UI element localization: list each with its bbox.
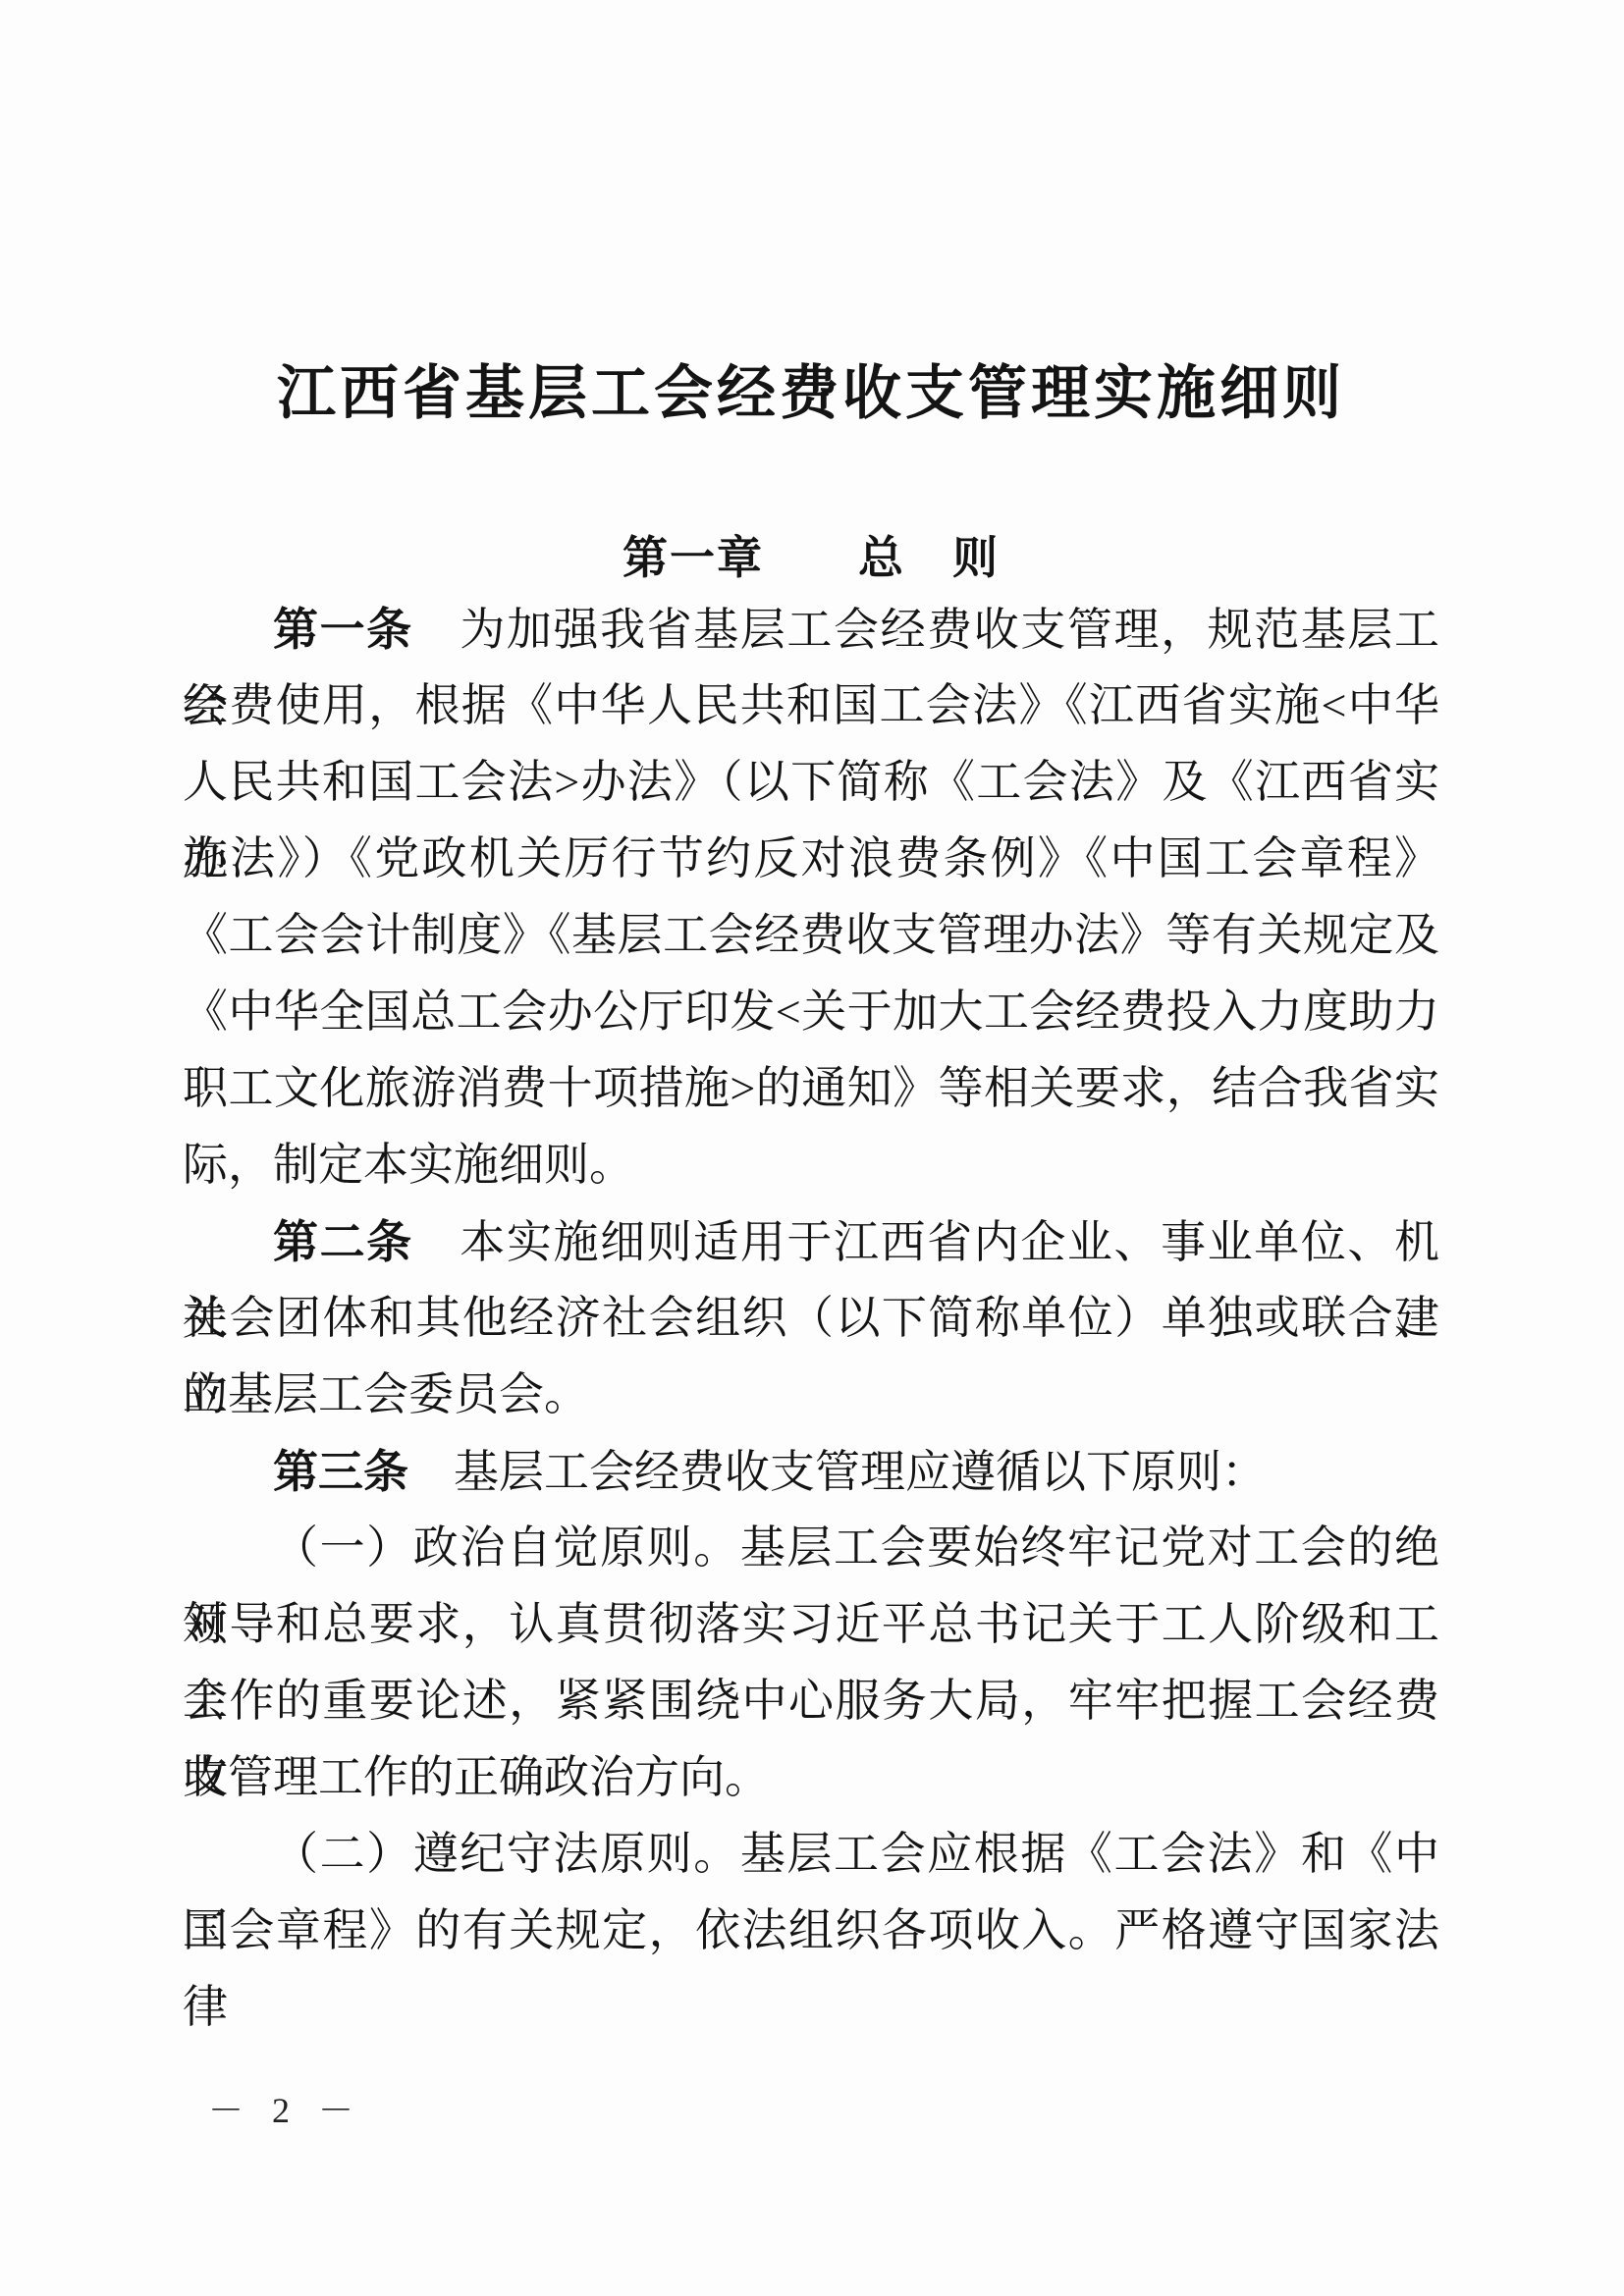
body-line: 办法》）《党政机关厉行节约反对浪费条例》《中国工会章程》 — [183, 821, 1439, 897]
article-term: 第一条 — [273, 604, 413, 655]
article-text-block: 第一条 为加强我省基层工会经费收支管理，规范基层工会 经费使用，根据《中华人民共… — [183, 591, 1439, 1969]
document-body: 江西省基层工会经费收支管理实施细则 第一章 总 则 第一条 为加强我省基层工会经… — [183, 0, 1439, 1969]
body-line: 的基层工会委员会。 — [183, 1357, 1439, 1433]
document-page: 江西省基层工会经费收支管理实施细则 第一章 总 则 第一条 为加强我省基层工会经… — [0, 0, 1624, 2296]
body-line: 第一条 为加强我省基层工会经费收支管理，规范基层工会 — [183, 591, 1439, 667]
line-text: 经费使用，根据《中华人民共和国工会法》《江西省实施<中华 — [183, 680, 1439, 730]
line-text: 《工会会计制度》《基层工会经费收支管理办法》等有关规定及 — [183, 910, 1439, 960]
body-line: 社会团体和其他经济社会组织（以下简称单位）单独或联合建立 — [183, 1280, 1439, 1357]
body-line: 第二条 本实施细则适用于江西省内企业、事业单位、机关、 — [183, 1203, 1439, 1280]
body-line: 支管理工作的正确政治方向。 — [183, 1739, 1439, 1816]
line-text: 职工文化旅游消费十项措施>的通知》等相关要求，结合我省实 — [183, 1063, 1439, 1113]
line-text: 支管理工作的正确政治方向。 — [183, 1752, 770, 1802]
article-term: 第三条 — [273, 1446, 408, 1497]
page-number: － 2 － — [208, 2083, 363, 2133]
body-line: 工会章程》的有关规定，依法组织各项收入。严格遵守国家法律 — [183, 1893, 1439, 1969]
body-line: 人民共和国工会法>办法》（以下简称《工会法》及《江西省实施 — [183, 744, 1439, 821]
document-title: 江西省基层工会经费收支管理实施细则 — [183, 361, 1439, 426]
body-line: 《工会会计制度》《基层工会经费收支管理办法》等有关规定及 — [183, 897, 1439, 974]
body-line: 际，制定本实施细则。 — [183, 1127, 1439, 1203]
body-line: 工作的重要论述，紧紧围绕中心服务大局，牢牢把握工会经费收 — [183, 1663, 1439, 1739]
body-line: （一）政治自觉原则。基层工会要始终牢记党对工会的绝对 — [183, 1510, 1439, 1586]
line-text: 办法》）《党政机关厉行节约反对浪费条例》《中国工会章程》 — [183, 833, 1439, 883]
body-line: （二）遵纪守法原则。基层工会应根据《工会法》和《中国 — [183, 1816, 1439, 1893]
body-line: 职工文化旅游消费十项措施>的通知》等相关要求，结合我省实 — [183, 1050, 1439, 1127]
body-line: 第三条 基层工会经费收支管理应遵循以下原则： — [183, 1433, 1439, 1510]
line-text: 工会章程》的有关规定，依法组织各项收入。严格遵守国家法律 — [183, 1905, 1439, 2032]
body-line: 经费使用，根据《中华人民共和国工会法》《江西省实施<中华 — [183, 667, 1439, 744]
body-line: 领导和总要求，认真贯彻落实习近平总书记关于工人阶级和工会 — [183, 1586, 1439, 1663]
body-line: 《中华全国总工会办公厅印发<关于加大工会经费投入力度助力 — [183, 974, 1439, 1050]
article-term: 第二条 — [273, 1216, 413, 1267]
line-text: 的基层工会委员会。 — [183, 1369, 589, 1419]
line-text: 际，制定本实施细则。 — [183, 1140, 634, 1190]
chapter-heading: 第一章 总 则 — [183, 534, 1439, 583]
line-text: 《中华全国总工会办公厅印发<关于加大工会经费投入力度助力 — [183, 987, 1439, 1037]
line-text: 基层工会经费收支管理应遵循以下原则： — [408, 1447, 1267, 1497]
